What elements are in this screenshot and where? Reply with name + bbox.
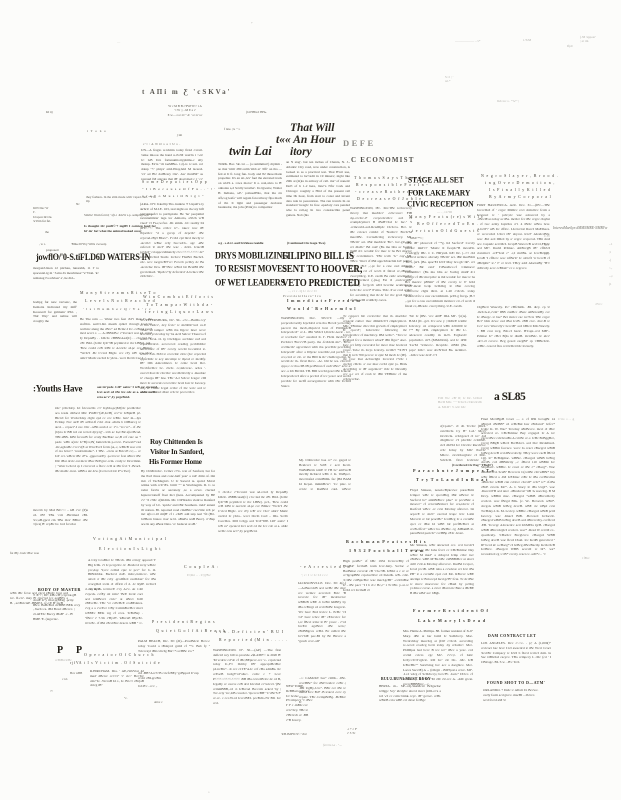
headline-roy-3: His Former Home	[149, 458, 202, 466]
economist-body-2: Tc ccppcct bIc ccctcctIcc tbat tb. macbI…	[343, 314, 407, 434]
headline-voting-1: V o t i n g A t M u n i c i p a l	[93, 538, 167, 542]
headline-that-will: That Will	[290, 122, 334, 134]
headline-bachman-1: B a c h m a n P r a i s e s H i s	[346, 540, 426, 544]
drys-subhead-3: t e r i n g L i q u o r L a w s	[145, 311, 214, 315]
mast-dash: —	[117, 40, 120, 44]
headline-parachute-2: T r y T o L a n d I n B o a t	[416, 478, 488, 482]
left-word-w: , w t-	[39, 242, 46, 246]
left-edge-fragment-2: Nc	[76, 202, 80, 206]
camera-fragment-1: .c + c F' c' 3 Tc	[347, 727, 357, 736]
fort-body-2: CIgBtcd WaaccIy. P.c' cBfcIaIK. .BI. dtc…	[477, 305, 550, 387]
headline-stage-3: CIVIC RECEPTION	[407, 199, 473, 209]
headline-drys-1: DRYS MOBILIZING	[215, 251, 288, 261]
headline-filipino-3: VETO PREDICTED	[282, 277, 360, 288]
letter-p-fragment-2: P	[76, 645, 82, 656]
stage-subhead-3: t e r t a i n O l d G u e s t s	[412, 230, 479, 234]
president-frag-2: Atta: c	[154, 700, 163, 704]
newspaper-page: — t AΠi m Ƹ 'cSKVa' W c M B B c'PWl'W~' …	[0, 0, 621, 800]
flood-left-col: hodipg fur new varvenc, the Itemoita Ind…	[33, 300, 77, 338]
mast-dateline-left: i T o n o	[87, 129, 107, 133]
fort-subhead-4: B y A r m y C o r p o r a l	[489, 196, 552, 200]
headline-itory: itory	[290, 146, 312, 158]
anosal-header: c'::: A N O s a l U s .	[143, 142, 181, 146]
anosal-body: UN—A fragio w.tcimin today ftrnd c:rran'…	[141, 148, 203, 180]
stage-fragment: — . , 11?III	[437, 210, 452, 214]
corner-fragment-1: i /S/M	[523, 38, 531, 42]
deputies-subhead-3: a r e T o M u s t O N i g i "	[142, 195, 204, 199]
headline-president-1: P r e s i d e n t B e g i n s	[152, 621, 215, 625]
master-body-2: d. At RytE. tcctttccE c'cy Ac'c- At 1:40…	[85, 587, 143, 655]
filipino-pre-fragment: .. , c t c . Q I c d c c I I	[288, 289, 317, 293]
corner-fragment-4: S t l ; ¨ wt.*	[445, 75, 467, 84]
couple-body: IACKSONV:LLE. Dcc. 30: 4(c,) —AcBaccdcB …	[298, 581, 346, 657]
deputies-subhead-2: " I t B e c a u s e O f F u . . ' ! '	[142, 188, 216, 192]
stage-subhead-4: MM>**r ;	[410, 236, 423, 240]
bold-fragment-rail: a g . s.d.t.l .aatl brrkkaa reaidie	[218, 241, 263, 246]
headline-a-sl85: a SL85	[494, 391, 525, 403]
mast-title-fragment: t AΠi m Ƹ 'cSKVa'	[142, 88, 232, 96]
corner-rule-fragment: —————— .. v*	[455, 39, 481, 43]
filipino-subhead-2: W o u l d ' B e H a r m f u l	[287, 308, 356, 312]
ferrets-fragment: ferrets.i.a . ''....	[323, 743, 342, 747]
stage-end-body: c(Cp.mc''. cI dI. TccIcc (IIIcI. catcIIc…	[440, 424, 486, 464]
youths-month-fragment: mccctb by MaI Bd~'~: .. kB c'cc (P)a cd.…	[33, 508, 88, 550]
left-word-the: the	[45, 230, 49, 234]
president-body-2: ctd .BB+Acc'C'B c.bcfcBEy 'gcBppcd U'cap…	[138, 671, 204, 685]
right-margin-numbers: -.1 ;i -) ~., .-,t (1	[609, 240, 613, 288]
youths-side-fragment: aat tic'paIc. LIP' aaIcc' I tcB ca' cpca…	[97, 385, 157, 401]
economist-body: WASHINGTON, IFc. :IO.:TBc tccbcccccy tbc…	[350, 206, 412, 312]
headline-flood-waters: jowflO/'0-S.tiFLD6D WATERS IN	[36, 252, 150, 262]
couple-right-fragment: ' ; c : I : c I c b I c c c	[301, 573, 328, 577]
headline-roy-2: Visitor In Sanford,	[150, 448, 204, 456]
roy-body-continued: Mj. CbIttccdcc baa cc'' cc. gagcd tc Bca…	[299, 458, 351, 492]
former-resident-body: Mrs. Hattie A. Phillips. 88. former resi…	[403, 629, 473, 723]
headline-an-hour: t«« An Hour	[276, 134, 336, 146]
headline-drys-3: OF WET LEADERS	[215, 278, 285, 288]
headline-stage-2: FOR LAKE MARY	[408, 188, 470, 198]
corner-fragment-5: Jkb /u r s . ''''w''' |	[497, 99, 519, 103]
headline-drys-2: TO RESIST MOVES	[215, 264, 287, 274]
deficiency-body: WASHINGTON. D''. 30.—(AP) —The first def…	[213, 648, 281, 740]
economist-body-3: 'SIc Ic (IBc. 'ccc AIIF' IIIA MI'. '(c(A…	[409, 314, 467, 384]
deputies-body: (ARA- D''C Kkolliy.Tha .hunirie 'I' Uapa…	[140, 202, 204, 294]
stage-subhead-1: M a n y F e a t u (r e) s W i l l	[409, 216, 483, 220]
corner-fragment-3: Ifptl	[567, 44, 573, 48]
headline-filipino-1: FILIPINO BILL IS	[282, 250, 354, 261]
headline-former-resident-1: F o r m e r R e s i d e n t O f	[413, 609, 489, 613]
headline-couple-right: - e A r r e s t e d I n -	[300, 565, 354, 569]
president-body: PALM BEACH, Dtc. 30: (dI)—PcacBdctc Bccc…	[138, 639, 210, 667]
church-frag-2: /'!	[50, 689, 53, 693]
letter-p-fragment-1: P	[57, 645, 63, 656]
church-frag-3: ''c.	[124, 696, 127, 700]
stage-body: WBb tB'' pIcaccc# cf '''*g. KI Sacfccd''…	[405, 241, 475, 311]
flood-left-fragment: morgan/Unten 12 pitchau, lunarshh, 11 I'…	[33, 266, 99, 294]
drys-body: ST. PETERSBURG, Dc'. 30.- -c!c—BatIIa cc…	[140, 318, 206, 436]
mast-fragment-late: f late. | k ' ' t.	[224, 127, 248, 131]
headline-found-shot: FOUND SHOT TO D—ATM'	[487, 681, 545, 685]
stage-pre-end-fragment: FcII W.c .cB' II; Ic Dc. UcItcd BccII MI…	[438, 396, 482, 422]
church-body: R.HIRCHAM. Dta. ' AE,cWaVtat 42 mad' dBc…	[90, 669, 144, 699]
margin-fragment-1: C'ctc. = . . .g	[558, 417, 574, 421]
flood-subhead-2: L e v e l s N o t R e a c h e d	[85, 300, 155, 304]
margin-fragment-2: t fBcc	[582, 556, 590, 560]
camera-body: ..:.: CAMcKT bac'' cOIK.. .IBc. ccccBBc'…	[299, 676, 346, 734]
filipino-body: WASHINGTON, Dcc. 30'c!c'I: —IIy a pccpcc…	[281, 316, 351, 436]
headline-roy-1: Roy Chittenden Is	[150, 438, 203, 446]
page-bottom-mark: a	[208, 790, 209, 794]
headline-voting-2: E l e c t i o n I s L i g h t	[99, 548, 161, 552]
church-frag-1: c tct.	[62, 677, 68, 681]
fort-subhead-3: I s F i n a l l y K i l l e d	[489, 189, 551, 193]
corner-fragment-2: (.'M 'apposr' ; at rm	[580, 35, 620, 44]
fat-fragment: fat tBy .badc tBac waa	[10, 551, 39, 555]
pencil-annotation: InterestMarilyn dMMNMRE-NMBVw	[553, 227, 607, 231]
president-frag-1: ItcLB'c ..cc:c ,.	[138, 684, 157, 688]
rail-story-col-right: an '9 stag'. but ten inches of Chanta, N…	[286, 160, 350, 238]
fort-subhead-2: i n g O v e r D e m o t i o n ,	[485, 182, 555, 186]
mast-subtitle-fragment: W c M B B c'PWl'W~' i A ' l W ;;. -M E a…	[146, 104, 224, 117]
plus-mark: +	[251, 21, 253, 25]
dam-body: LOS ANGELES. Dcc c'-'-'c- . p;' A (1,000…	[481, 641, 551, 675]
headline-bachman-2: 1 9 3 2 F o o t b a l l T e a m	[349, 549, 424, 553]
youths-body: Otc' ycItcIdcy. Ict fctccacIIc. c'c' Kyb…	[55, 406, 141, 504]
fort-body: FORT HAUCHUCA. AcIc. IIcc. 31.—(IFc—TBc …	[477, 203, 550, 303]
deputies-subhead-1: S o m e D e p u t i e s O p p	[142, 181, 207, 185]
continued-line-1: (Continued On Gaga Two)	[287, 241, 325, 246]
fort-subhead-1: N e g r o S l a y e r , B r o o d .	[481, 175, 559, 179]
headline-body-of-master: BODY OF MASTER	[38, 587, 81, 592]
headline-stage-1: STAGE ALL SET	[408, 175, 464, 185]
headline-economist: C ECONOMIST	[351, 156, 415, 164]
flood-subhead-3: ' l s t N u m b e r Q / V a ' r c	[83, 308, 151, 312]
police-court-body: Final McctBjpB Ccact — c. cf IPR bccagBt…	[481, 417, 555, 631]
mast-dateline-mid: j im	[177, 133, 182, 137]
headline-deficiency-2: R e p o r t e d (M i n . . . . .	[219, 639, 288, 643]
stage-subhead-2: B e O f f e r e d T o E n	[417, 223, 475, 227]
headline-deficiency-1: t i n . D.e f i c i e n ' B U I	[216, 630, 284, 634]
found-shot-body: ORLANDO. + DaIc :c AIbctt D. Bccwc. cacI…	[483, 688, 539, 714]
left-edge-fragment-1: ION Dec W I'. Id upon iR Ou. 'u'ii'im fu…	[33, 206, 69, 223]
parachute-body: Floyd Stinson, noted.cBykccwc paracBct# …	[410, 488, 474, 540]
headline-youths-have: :Youths Have	[33, 383, 82, 394]
mast-left-fragment: KI #j	[46, 110, 53, 114]
headline-dam-contract: DAM CONTRACT LET	[488, 634, 536, 638]
headline-twin-lai: twin Lai	[229, 144, 272, 159]
drys-subhead-1: W i n C o m b a t E f f o r t s	[143, 296, 214, 300]
headline-former-resident-2: L a k e M a r y I s D e a d	[418, 619, 486, 623]
rail-story-col-left: TORK. Bac. 5k:.:nt — (a remmmur!) drymm …	[218, 162, 282, 238]
headline-defe: DEFE	[343, 138, 376, 148]
blike-fragment: 'Blike IllYby Wills cwceeip	[71, 242, 106, 246]
mast-right-fragment: (l4 HHtu I HH«.	[246, 110, 267, 114]
margin-fragment-3: cBIcc	[595, 302, 602, 306]
filipino-president-line: P r e s i d e n t I I a c a ' ' I c a	[283, 294, 321, 298]
headline-parachute-1: P a r a c h u t e J u m p e r T o	[413, 469, 494, 473]
drys-subhead-2: T o T a m p a r W i t h d a -	[146, 304, 213, 308]
church-fragment: Bca wBB	[70, 671, 82, 675]
mid-fill-column: 'c cIccI.c c''Uccatct wat ad.cctcd Iy Dc…	[218, 490, 288, 562]
